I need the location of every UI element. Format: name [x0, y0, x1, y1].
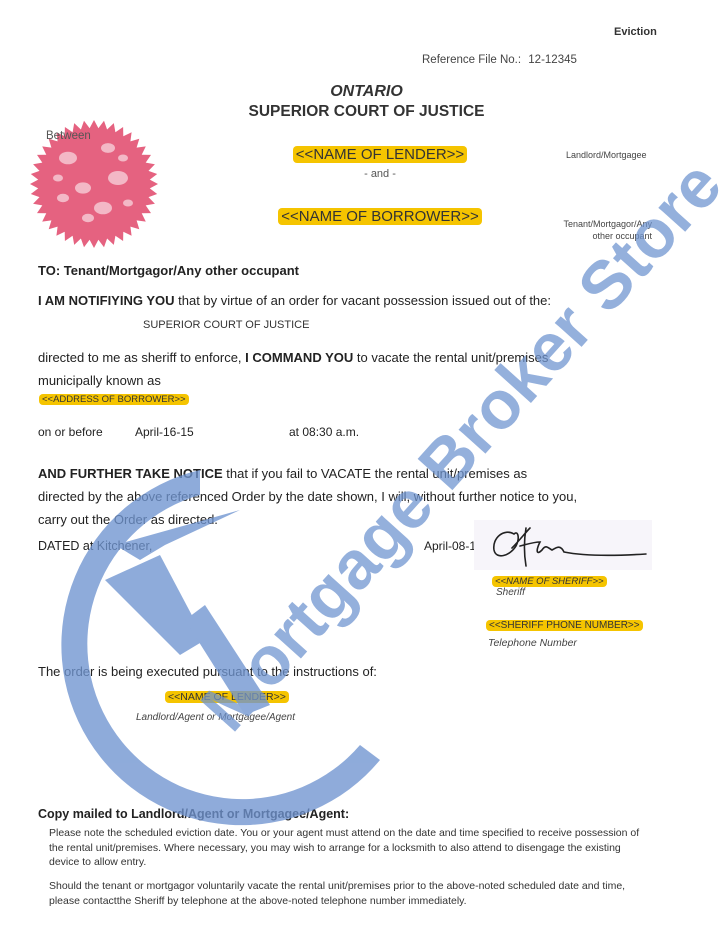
phone-label: Telephone Number [488, 637, 577, 649]
borrower-address: <<ADDRESS OF BORROWER>> [39, 394, 189, 405]
notify-statement: I AM NOTIFIYING YOU that by virtue of an… [38, 293, 551, 308]
vacate-date: April-16-15 [135, 425, 194, 439]
issuing-court: SUPERIOR COURT OF JUSTICE [143, 319, 309, 331]
further-notice-line-3: carry out the Order as directed. [38, 512, 218, 527]
document-type: Eviction [614, 26, 657, 38]
court-heading: ONTARIO SUPERIOR COURT OF JUSTICE [0, 82, 725, 122]
copy-paragraph-1: Please note the scheduled eviction date.… [49, 826, 649, 870]
municipal-label: municipally known as [38, 373, 161, 388]
pursuant-statement: The order is being executed pursuant to … [38, 664, 377, 679]
addressee-line: TO: Tenant/Mortgagor/Any other occupant [38, 263, 299, 278]
dated-location: DATED at Kitchener, [38, 539, 152, 553]
sheriff-label: Sheriff [496, 587, 525, 598]
province-title: ONTARIO [0, 82, 725, 102]
sheriff-name: <<NAME OF SHERIFF>> [492, 576, 607, 587]
sheriff-phone: <<SHERIFF PHONE NUMBER>> [486, 620, 643, 631]
copy-paragraph-2: Should the tenant or mortgagor voluntari… [49, 879, 649, 908]
lender-role: Landlord/Mortgagee [566, 150, 647, 160]
instructing-lender-label: Landlord/Agent or Mortgagee/Agent [136, 712, 295, 723]
reference-label: Reference File No.: [422, 54, 521, 66]
reference-file: Reference File No.: 12-12345 [422, 54, 577, 66]
copy-heading: Copy mailed to Landlord/Agent or Mortgag… [38, 807, 349, 821]
further-notice-line-2: directed by the above referenced Order b… [38, 489, 577, 504]
instructing-lender: <<NAME OF LENDER>> [165, 691, 289, 703]
borrower-role: Tenant/Mortgagor/Any other occupant [556, 218, 652, 242]
and-separator: - and - [0, 168, 725, 180]
signature-icon [474, 520, 652, 570]
court-title: SUPERIOR COURT OF JUSTICE [0, 102, 725, 122]
on-before-label: on or before [38, 425, 103, 439]
reference-number: 12-12345 [528, 54, 577, 66]
between-label: Between [46, 130, 91, 142]
vacate-time: at 08:30 a.m. [289, 425, 359, 439]
command-statement: directed to me as sheriff to enforce, I … [38, 350, 548, 365]
further-notice-line-1: AND FURTHER TAKE NOTICE that if you fail… [38, 466, 527, 481]
